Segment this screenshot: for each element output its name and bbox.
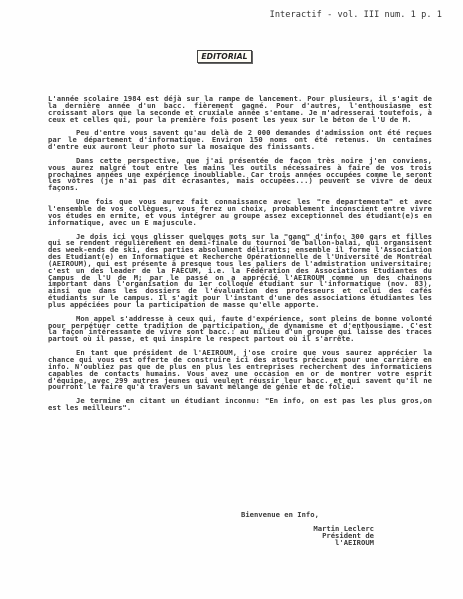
running-head: Interactif - vol. III num. 1 p. 1 bbox=[270, 10, 442, 20]
signature-block: Martin Leclerc Président de l'AEIROUM bbox=[279, 525, 374, 546]
paragraph: L'année scolaire 1984 est déjà sur la ra… bbox=[48, 96, 432, 123]
signature-title: Président de l'AEIROUM bbox=[279, 532, 374, 546]
paragraph: Mon appel s'addresse à ceux qui, faute d… bbox=[48, 316, 432, 343]
paragraph: Dans cette perspective, que j'ai présent… bbox=[48, 158, 432, 192]
section-title: EDITORIAL bbox=[197, 50, 252, 63]
closing-line: Bienvenue en Info, bbox=[241, 510, 319, 519]
paragraph: Une fois que vous aurez fait connaissanc… bbox=[48, 199, 432, 226]
paragraph: Je dois ici vous glisser quelques mots s… bbox=[48, 234, 432, 309]
article-body: L'année scolaire 1984 est déjà sur la ra… bbox=[48, 96, 432, 419]
paragraph: Peu d'entre vous savent qu'au delà de 2 … bbox=[48, 130, 432, 151]
paragraph: En tant que président de l'AEIROUM, j'os… bbox=[48, 350, 432, 391]
paragraph: Je termine en citant un étudiant inconnu… bbox=[48, 398, 432, 412]
